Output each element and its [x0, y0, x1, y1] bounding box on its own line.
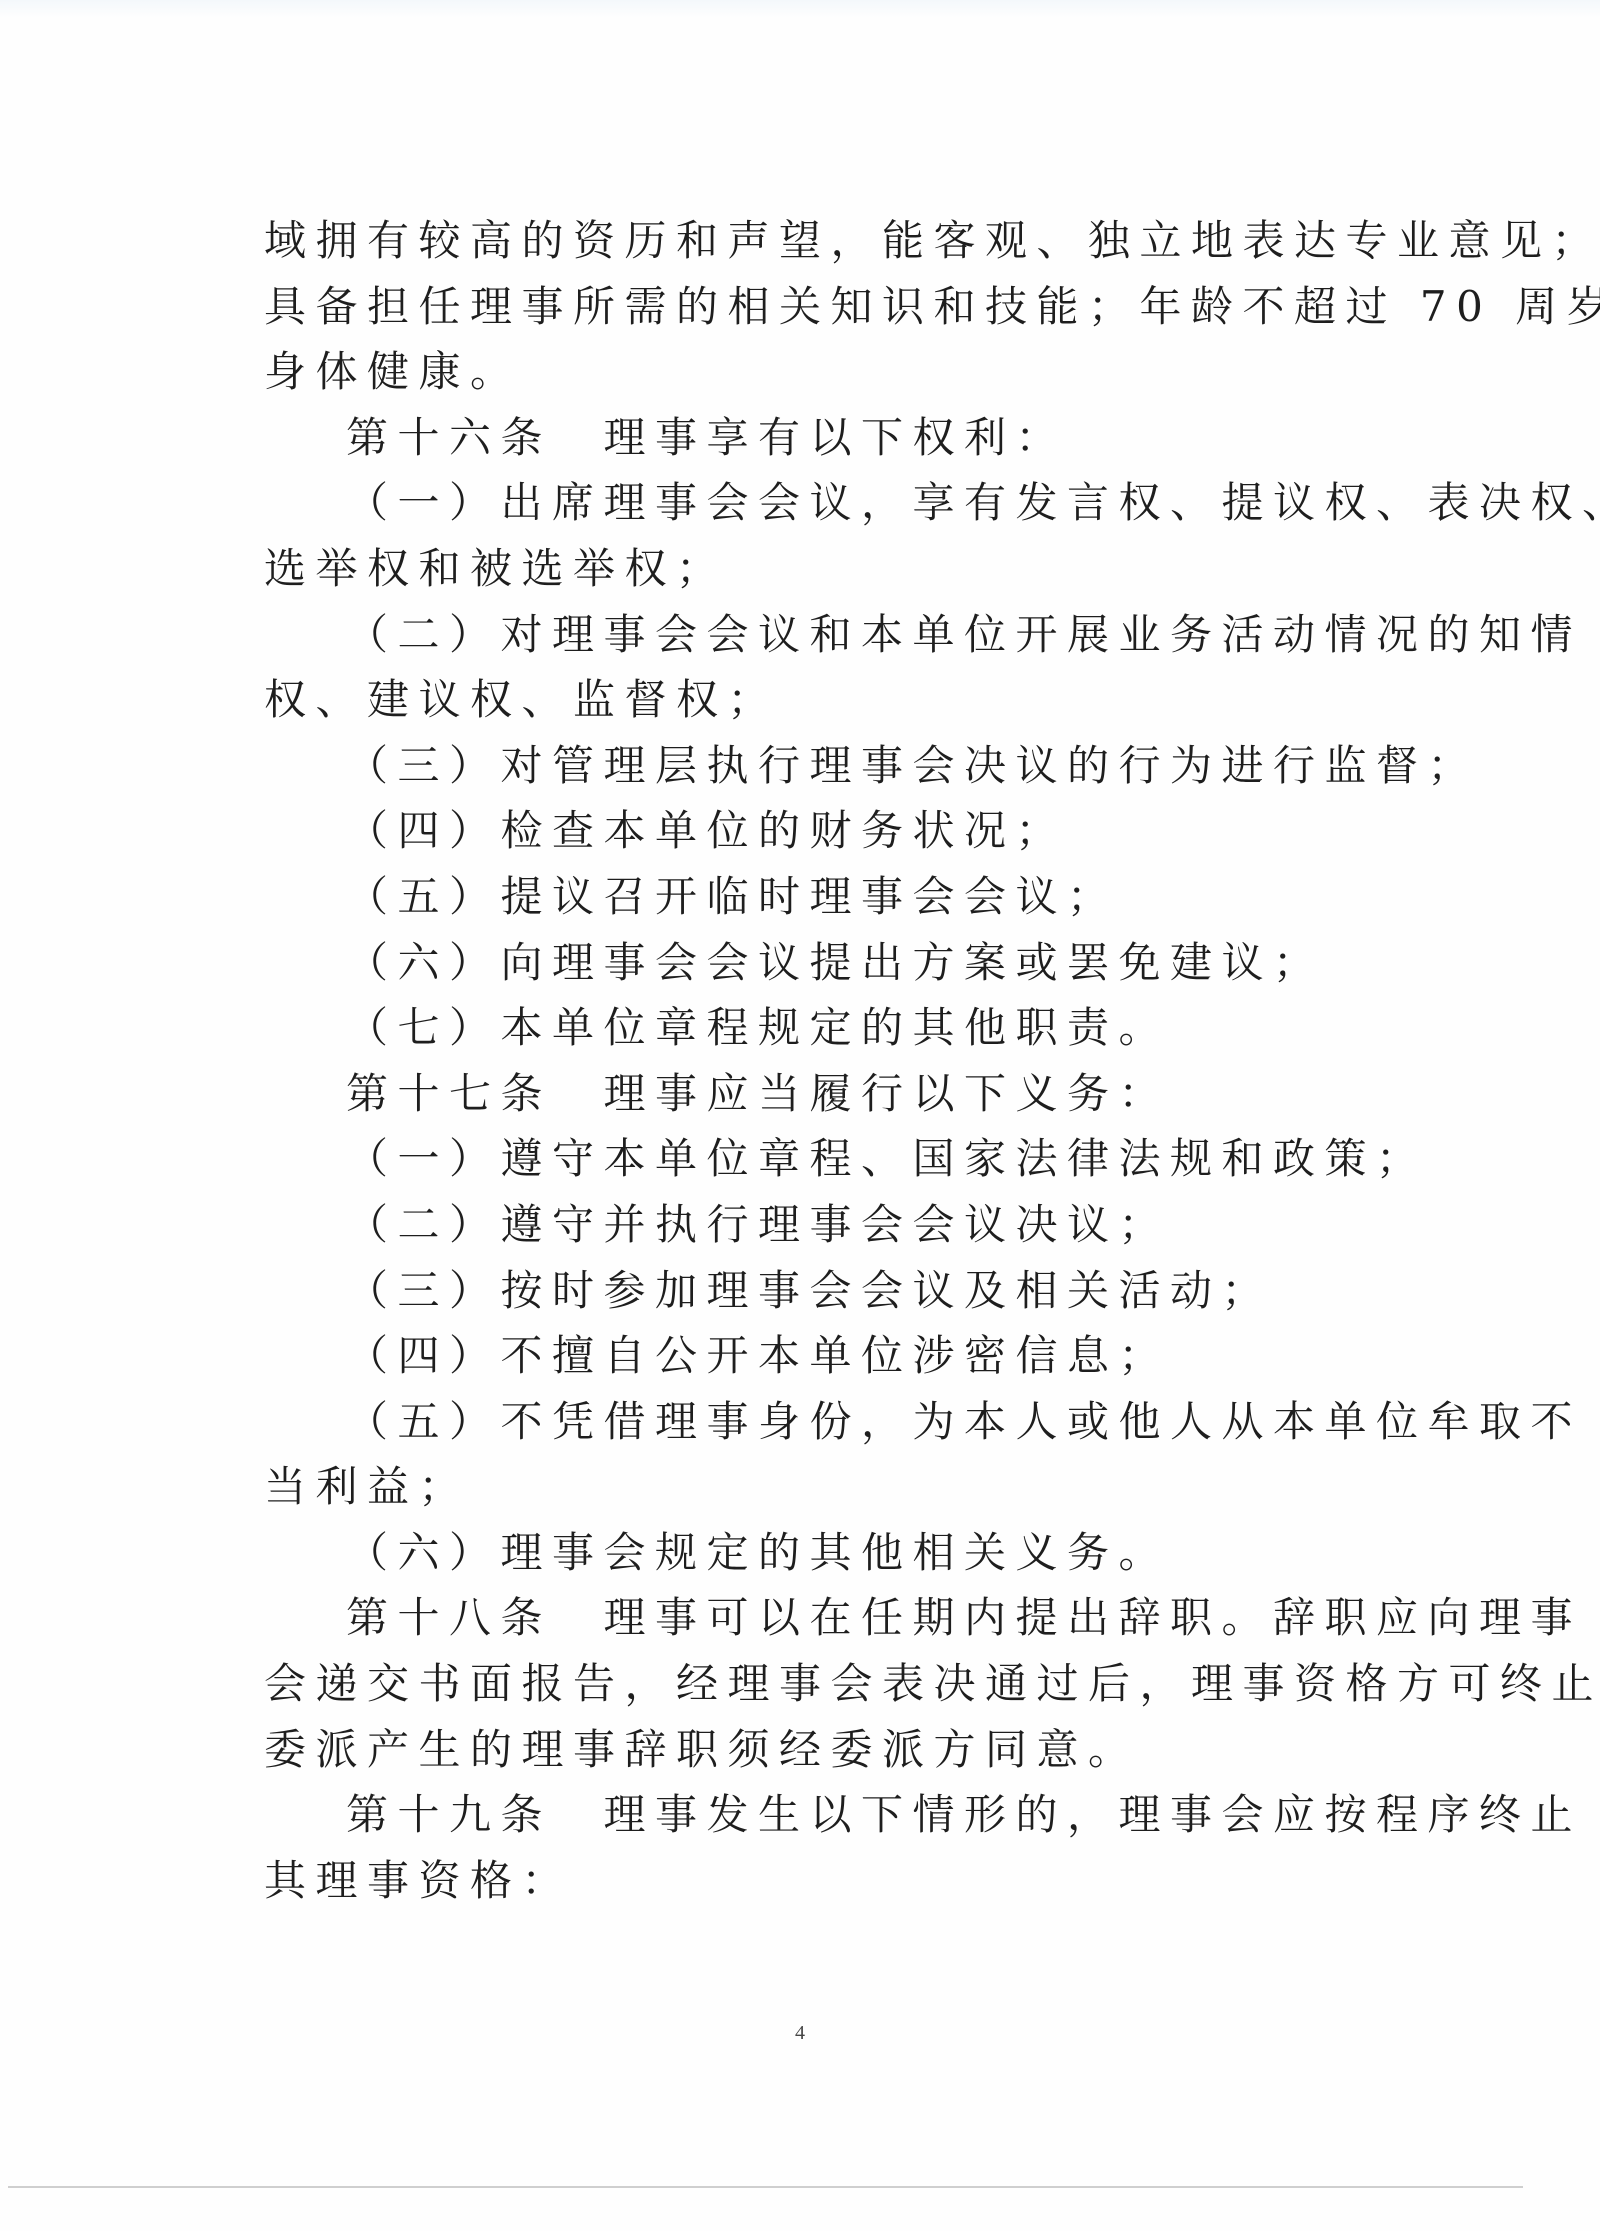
article-17-heading: 第十七条 理事应当履行以下义务： — [264, 1061, 1344, 1127]
page-bottom-rule — [8, 2186, 1523, 2188]
text-line: 身体健康。 — [264, 339, 1344, 405]
text-line: 会递交书面报告，经理事会表决通过后，理事资格方可终止。 — [264, 1651, 1344, 1717]
list-item: （四）不擅自公开本单位涉密信息； — [264, 1323, 1344, 1389]
list-item: （一）出席理事会会议，享有发言权、提议权、表决权、 — [264, 470, 1344, 536]
article-16-heading: 第十六条 理事享有以下权利： — [264, 405, 1344, 471]
article-19-heading: 第十九条 理事发生以下情形的，理事会应按程序终止 — [264, 1782, 1344, 1848]
document-body: 域拥有较高的资历和声望，能客观、独立地表达专业意见； 具备担任理事所需的相关知识… — [264, 208, 1344, 1913]
page-number: 4 — [0, 2022, 1600, 2045]
text-line: 选举权和被选举权； — [264, 536, 1344, 602]
list-item: （六）向理事会会议提出方案或罢免建议； — [264, 930, 1344, 996]
text-line: 委派产生的理事辞职须经委派方同意。 — [264, 1717, 1344, 1783]
list-item: （三）对管理层执行理事会决议的行为进行监督； — [264, 733, 1344, 799]
list-item: （二）遵守并执行理事会会议决议； — [264, 1192, 1344, 1258]
list-item: （一）遵守本单位章程、国家法律法规和政策； — [264, 1126, 1344, 1192]
text-line: 权、建议权、监督权； — [264, 667, 1344, 733]
list-item: （三）按时参加理事会会议及相关活动； — [264, 1258, 1344, 1324]
text-line: 其理事资格： — [264, 1848, 1344, 1914]
scan-edge — [0, 0, 1600, 18]
article-18-heading: 第十八条 理事可以在任期内提出辞职。辞职应向理事 — [264, 1585, 1344, 1651]
list-item: （四）检查本单位的财务状况； — [264, 798, 1344, 864]
list-item: （七）本单位章程规定的其他职责。 — [264, 995, 1344, 1061]
list-item: （五）不凭借理事身份，为本人或他人从本单位牟取不 — [264, 1389, 1344, 1455]
document-page: 域拥有较高的资历和声望，能客观、独立地表达专业意见； 具备担任理事所需的相关知识… — [0, 0, 1600, 2231]
text-line: 具备担任理事所需的相关知识和技能；年龄不超过 70 周岁， — [264, 274, 1344, 340]
list-item: （二）对理事会会议和本单位开展业务活动情况的知情 — [264, 602, 1344, 668]
text-line: 当利益； — [264, 1454, 1344, 1520]
text-line: 域拥有较高的资历和声望，能客观、独立地表达专业意见； — [264, 208, 1344, 274]
list-item: （五）提议召开临时理事会会议； — [264, 864, 1344, 930]
list-item: （六）理事会规定的其他相关义务。 — [264, 1520, 1344, 1586]
